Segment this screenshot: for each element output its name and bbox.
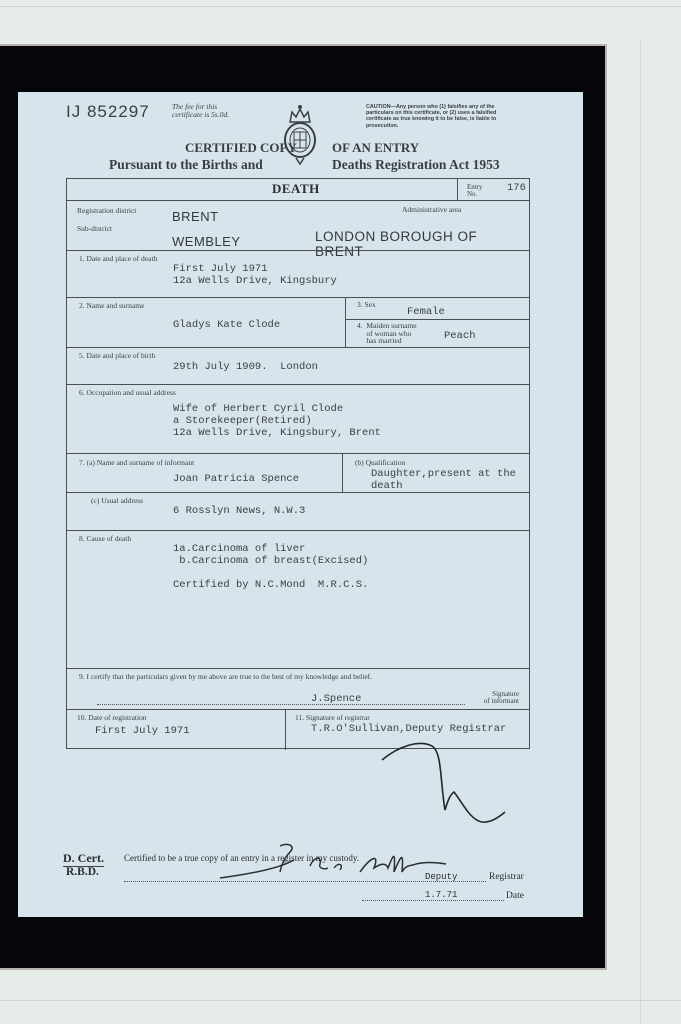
informant-name: Joan Patricia Spence — [173, 473, 299, 485]
divider — [67, 492, 529, 493]
divider — [67, 347, 529, 348]
divider — [67, 668, 529, 669]
wall-line — [0, 1000, 681, 1001]
entry-label: No. — [467, 191, 483, 198]
royal-coat-of-arms-icon — [282, 102, 318, 168]
field-11-label: 11. Signature of registrar — [295, 714, 370, 722]
form-code-top: D. Cert. — [63, 851, 104, 867]
register-entry-table: DEATH Entry No. 176 Registration distric… — [66, 178, 530, 749]
field-7a-label: 7. (a) Name and surname of informant — [79, 459, 194, 467]
title-act: Deaths Registration Act 1953 — [332, 157, 500, 173]
field-3-label: 3. Sex — [357, 301, 376, 309]
wall-line — [640, 40, 641, 1024]
informant-address: 6 Rosslyn News, N.W.3 — [173, 505, 305, 517]
field-5-label: 5. Date and place of birth — [79, 352, 155, 360]
handwritten-flourish — [370, 740, 510, 835]
field-7b-label: (b) Qualification — [355, 459, 405, 467]
date-label: Date — [506, 891, 524, 901]
registrar-label: Registrar — [489, 872, 524, 882]
title-certified-copy: CERTIFIED COPY — [185, 140, 297, 156]
entry-number: 176 — [507, 182, 526, 194]
divider — [457, 179, 458, 200]
fee-note-line: certificate is 5s.0d. — [172, 111, 229, 119]
sub-district-label: Sub-district — [77, 225, 112, 233]
informant-qualification: Daughter,present at the death — [371, 468, 516, 492]
caution-text: CAUTION—Any person who (1) falsifies any… — [366, 104, 516, 129]
divider — [67, 200, 529, 201]
divider — [67, 709, 529, 710]
date-place-of-birth: 29th July 1909. London — [173, 361, 318, 373]
divider — [345, 319, 529, 320]
field-2-label: 2. Name and surname — [79, 302, 144, 310]
registration-district-value: BRENT — [172, 209, 219, 224]
field-10-label: 10. Date of registration — [77, 714, 147, 722]
divider — [285, 709, 286, 750]
fee-note: The fee for this certificate is 5s.0d. — [172, 103, 229, 119]
wall-line — [0, 6, 681, 7]
field-4-label: 4. Maiden surname of woman who has marri… — [357, 322, 417, 345]
field-9-label: 9. I certify that the particulars given … — [79, 673, 372, 681]
sig-label-line: of informant — [469, 698, 519, 705]
administrative-area-label: Administrative area — [402, 206, 461, 214]
date-of-registration: First July 1971 — [95, 725, 190, 737]
serial-number: IJ 852297 — [66, 102, 150, 122]
field-6-label: 6. Occupation and usual address — [79, 389, 176, 397]
divider — [67, 453, 529, 454]
informant-signature: J.Spence — [311, 693, 361, 705]
registration-district-label: Registration district — [77, 207, 136, 215]
divider — [67, 250, 529, 251]
divider — [67, 384, 529, 385]
name-and-surname: Gladys Kate Clode — [173, 319, 280, 331]
death-heading: DEATH — [272, 181, 320, 197]
informant-signature-line — [97, 704, 465, 705]
maiden-surname-value: Peach — [444, 330, 476, 342]
entry-no-label: Entry No. — [467, 184, 483, 198]
signature-of-informant-label: Signature of informant — [469, 691, 519, 705]
field-7c-label: (c) Usual address — [91, 497, 143, 505]
certificate-date: 1.7.71 — [425, 890, 457, 900]
registrar-handwritten-signature — [210, 838, 450, 888]
sex-value: Female — [407, 306, 445, 318]
form-code-bottom: R.B.D. — [66, 866, 99, 878]
sub-district-value: WEMBLEY — [172, 234, 241, 249]
cause-of-death: 1a.Carcinoma of liver b.Carcinoma of bre… — [173, 543, 368, 591]
divider — [67, 530, 529, 531]
date-place-of-death: First July 1971 12a Wells Drive, Kingsbu… — [173, 263, 337, 287]
occupation-and-address: Wife of Herbert Cyril Clode a Storekeepe… — [173, 403, 381, 439]
title-of-an-entry: OF AN ENTRY — [332, 140, 419, 156]
divider — [345, 297, 346, 347]
divider — [67, 297, 529, 298]
field-8-label: 8. Cause of death — [79, 535, 131, 543]
date-line — [362, 900, 504, 901]
field-1-label: 1. Date and place of death — [79, 255, 157, 263]
divider — [342, 453, 343, 492]
registrar-signature-typed: T.R.O'Sullivan,Deputy Registrar — [311, 723, 506, 735]
administrative-area-value: LONDON BOROUGH OF BRENT — [315, 229, 529, 259]
title-pursuant: Pursuant to the Births and — [109, 157, 263, 173]
deputy-text: Deputy — [425, 872, 457, 882]
